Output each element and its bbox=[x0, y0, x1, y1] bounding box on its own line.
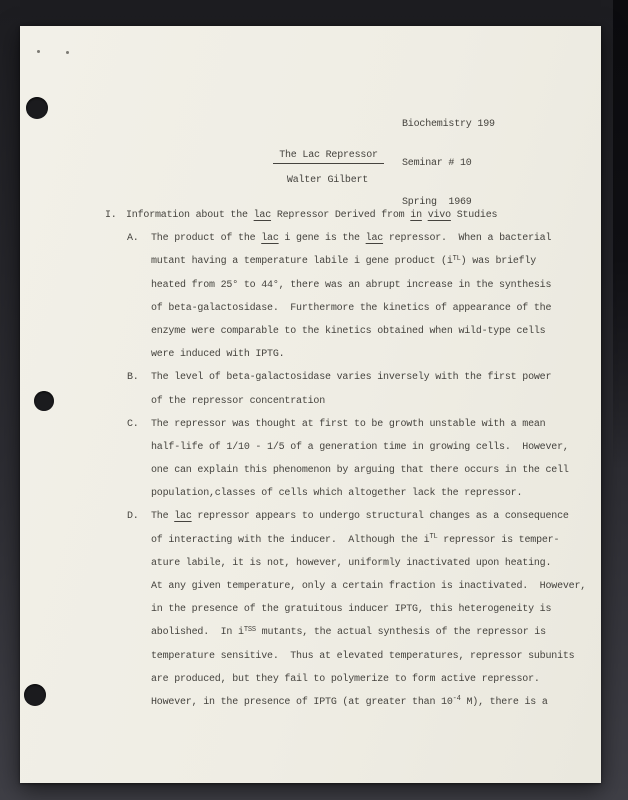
outline-item-line: B.The level of beta-galactosidase varies… bbox=[20, 366, 601, 389]
text-line: one can explain this phenomenon by argui… bbox=[20, 459, 601, 482]
text-line: enzyme were comparable to the kinetics o… bbox=[20, 320, 601, 343]
text-line: mutant having a temperature labile i gen… bbox=[20, 250, 601, 273]
text-line: heated from 25° to 44°, there was an abr… bbox=[20, 274, 601, 297]
text-line: However, in the presence of IPTG (at gre… bbox=[20, 691, 601, 714]
line-text: population,classes of cells which altoge… bbox=[151, 482, 522, 505]
text-segment: The product of the bbox=[151, 233, 261, 244]
line-text: temperature sensitive. Thus at elevated … bbox=[151, 645, 574, 668]
text-segment: The repressor was thought at first to be… bbox=[151, 419, 545, 430]
text-line: temperature sensitive. Thus at elevated … bbox=[20, 645, 601, 668]
typed-dot-mark bbox=[37, 50, 40, 53]
item-label: B. bbox=[127, 366, 139, 389]
line-text: At any given temperature, only a certain… bbox=[151, 575, 586, 598]
typed-dot-mark bbox=[66, 51, 69, 54]
text-segment: ature labile, it is not, however, unifor… bbox=[151, 558, 551, 569]
text-segment: enzyme were comparable to the kinetics o… bbox=[151, 326, 545, 337]
line-text: Information about the lac Repressor Deri… bbox=[126, 204, 497, 227]
text-segment: mutant having a temperature labile i gen… bbox=[151, 256, 453, 267]
text-segment: repressor is temper- bbox=[437, 535, 559, 546]
text-segment: one can explain this phenomenon by argui… bbox=[151, 465, 569, 476]
underlined-term: vivo bbox=[428, 210, 451, 221]
text-segment: However, in the presence of IPTG (at gre… bbox=[151, 697, 453, 708]
line-text: mutant having a temperature labile i gen… bbox=[151, 250, 536, 274]
underlined-term: lac bbox=[261, 233, 278, 244]
text-line: of the repressor concentration bbox=[20, 390, 601, 413]
superscript: -4 bbox=[453, 695, 461, 703]
text-line: abolished. In iTSS mutants, the actual s… bbox=[20, 621, 601, 644]
line-text: However, in the presence of IPTG (at gre… bbox=[151, 691, 548, 715]
document-page: Biochemistry 199 Seminar # 10 Spring 196… bbox=[20, 26, 601, 783]
text-segment: heated from 25° to 44°, there was an abr… bbox=[151, 280, 551, 291]
text-segment: mutants, the actual synthesis of the rep… bbox=[256, 627, 546, 638]
line-text: were induced with IPTG. bbox=[151, 343, 284, 366]
text-segment: abolished. In i bbox=[151, 627, 244, 638]
line-text: The repressor was thought at first to be… bbox=[151, 413, 545, 436]
line-text: are produced, but they fail to polymeriz… bbox=[151, 668, 540, 691]
line-text: The product of the lac i gene is the lac… bbox=[151, 227, 551, 250]
text-line: of beta-galactosidase. Furthermore the k… bbox=[20, 297, 601, 320]
line-text: The lac repressor appears to undergo str… bbox=[151, 505, 569, 528]
text-segment: Information about the bbox=[126, 210, 254, 221]
line-text: half-life of 1/10 - 1/5 of a generation … bbox=[151, 436, 569, 459]
author-row: Walter Gilbert bbox=[20, 175, 601, 186]
text-segment: temperature sensitive. Thus at elevated … bbox=[151, 651, 574, 662]
text-line: of interacting with the inducer. Althoug… bbox=[20, 529, 601, 552]
text-segment: i gene is the bbox=[279, 233, 366, 244]
text-segment: ) was briefly bbox=[461, 256, 536, 267]
text-segment: Studies bbox=[451, 210, 497, 221]
line-text: of interacting with the inducer. Althoug… bbox=[151, 529, 559, 553]
text-line: population,classes of cells which altoge… bbox=[20, 482, 601, 505]
text-segment: M), there is a bbox=[461, 697, 548, 708]
text-line: in the presence of the gratuitous induce… bbox=[20, 598, 601, 621]
superscript: TL bbox=[429, 533, 437, 541]
text-line: half-life of 1/10 - 1/5 of a generation … bbox=[20, 436, 601, 459]
title-row: The Lac Repressor bbox=[20, 150, 601, 164]
item-label: C. bbox=[127, 413, 139, 436]
line-text: of the repressor concentration bbox=[151, 390, 325, 413]
line-text: one can explain this phenomenon by argui… bbox=[151, 459, 569, 482]
superscript: TL bbox=[453, 255, 461, 263]
text-segment: The bbox=[151, 511, 174, 522]
underlined-term: lac bbox=[366, 233, 383, 244]
text-segment: of the repressor concentration bbox=[151, 396, 325, 407]
text-line: are produced, but they fail to polymeriz… bbox=[20, 668, 601, 691]
photo-of-document: { "colors": { "background_dark": "#26262… bbox=[0, 0, 628, 800]
text-line: were induced with IPTG. bbox=[20, 343, 601, 366]
text-segment: At any given temperature, only a certain… bbox=[151, 581, 586, 592]
text-segment: repressor. When a bacterial bbox=[383, 233, 551, 244]
line-text: The level of beta-galactosidase varies i… bbox=[151, 366, 551, 389]
document-title: The Lac Repressor bbox=[273, 150, 384, 164]
item-label: A. bbox=[127, 227, 139, 250]
line-text: abolished. In iTSS mutants, the actual s… bbox=[151, 621, 546, 645]
photo-edge-shadow bbox=[613, 0, 628, 470]
body-lines: I.Information about the lac Repressor De… bbox=[20, 204, 601, 714]
underlined-term: in bbox=[410, 210, 422, 221]
punch-hole-top bbox=[26, 97, 48, 119]
line-text: enzyme were comparable to the kinetics o… bbox=[151, 320, 545, 343]
text-segment: The level of beta-galactosidase varies i… bbox=[151, 372, 551, 383]
line-text: heated from 25° to 44°, there was an abr… bbox=[151, 274, 551, 297]
text-segment: of beta-galactosidase. Furthermore the k… bbox=[151, 303, 551, 314]
text-segment: population,classes of cells which altoge… bbox=[151, 488, 522, 499]
line-text: of beta-galactosidase. Furthermore the k… bbox=[151, 297, 551, 320]
section-numeral: I. bbox=[105, 204, 117, 227]
text-segment: were induced with IPTG. bbox=[151, 349, 284, 360]
superscript: TSS bbox=[244, 626, 256, 634]
text-segment: repressor appears to undergo structural … bbox=[192, 511, 569, 522]
text-segment: are produced, but they fail to polymeriz… bbox=[151, 674, 540, 685]
author-name: Walter Gilbert bbox=[287, 175, 368, 186]
text-segment: of interacting with the inducer. Althoug… bbox=[151, 535, 429, 546]
course-name: Biochemistry 199 bbox=[402, 118, 495, 131]
text-line: ature labile, it is not, however, unifor… bbox=[20, 552, 601, 575]
text-segment: half-life of 1/10 - 1/5 of a generation … bbox=[151, 442, 569, 453]
text-line: At any given temperature, only a certain… bbox=[20, 575, 601, 598]
outline-item-line: D.The lac repressor appears to undergo s… bbox=[20, 505, 601, 528]
text-segment: Repressor Derived from bbox=[271, 210, 410, 221]
outline-item-line: C.The repressor was thought at first to … bbox=[20, 413, 601, 436]
outline-item-line: A.The product of the lac i gene is the l… bbox=[20, 227, 601, 250]
line-text: in the presence of the gratuitous induce… bbox=[151, 598, 551, 621]
outline-item-line: I.Information about the lac Repressor De… bbox=[20, 204, 601, 227]
text-segment: in the presence of the gratuitous induce… bbox=[151, 604, 551, 615]
underlined-term: lac bbox=[254, 210, 271, 221]
line-text: ature labile, it is not, however, unifor… bbox=[151, 552, 551, 575]
underlined-term: lac bbox=[174, 511, 191, 522]
item-label: D. bbox=[127, 505, 139, 528]
